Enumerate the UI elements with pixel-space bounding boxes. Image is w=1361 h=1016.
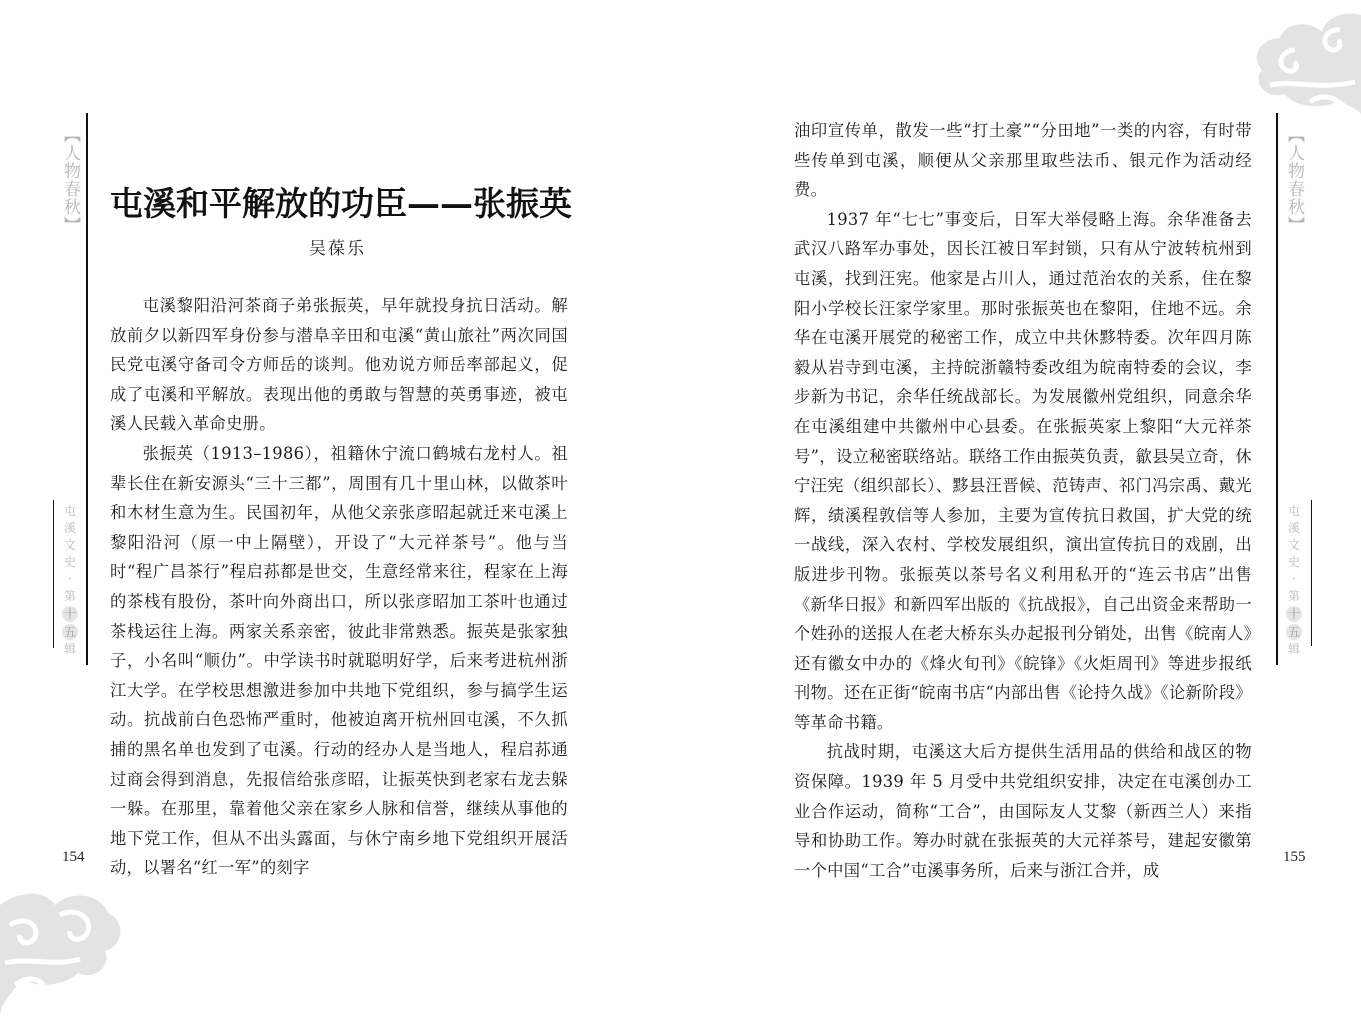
series-char: 溪 [1288,520,1300,537]
series-char: · [1292,571,1296,588]
right-margin-rule [1276,113,1278,665]
page-number: 154 [62,849,85,866]
right-page: 油印宣传单，散发一些“打土豪”“分田地”一类的内容，有时带些传单到屯溪，顺便从父… [680,0,1361,1016]
series-char: 史 [1288,554,1300,571]
book-spread: 【人物春秋】 屯 溪 文 史 · 第 十 五 辑 屯溪和平解放的功臣——张振英 … [0,0,1361,1016]
series-char: · [68,571,72,588]
article-title: 屯溪和平解放的功臣——张振英 [110,178,570,225]
series-issue-char: 五 [62,624,78,640]
page-number: 155 [1283,849,1306,866]
series-char: 文 [1288,537,1300,554]
series-char: 史 [64,554,76,571]
paragraph: 屯溪黎阳沿河茶商子弟张振英，早年就投身抗日活动。解放前夕以新四军身份参与潜阜辛田… [110,291,568,439]
series-issue-char: 十 [1286,606,1302,622]
left-body-text: 屯溪黎阳沿河茶商子弟张振英，早年就投身抗日活动。解放前夕以新四军身份参与潜阜辛田… [110,291,568,883]
series-char: 屯 [1288,503,1300,520]
article-author: 吴葆乐 [110,234,565,259]
series-char: 第 [64,588,76,605]
left-series-rule [53,500,54,648]
series-char: 溪 [64,520,76,537]
series-issue-char: 五 [1286,624,1302,640]
paragraph: 油印宣传单，散发一些“打土豪”“分田地”一类的内容，有时带些传单到屯溪，顺便从父… [794,116,1252,205]
cloud-ornament-icon [0,885,125,1016]
paragraph: 抗战时期，屯溪这大后方提供生活用品的供给和战区的物资保障。1939 年 5 月受… [794,737,1252,885]
series-char: 辑 [1288,641,1300,658]
section-label: 【人物春秋】 [1283,126,1303,234]
left-margin-rule [86,113,88,665]
right-body-text: 油印宣传单，散发一些“打土豪”“分田地”一类的内容，有时带些传单到屯溪，顺便从父… [794,116,1252,885]
series-char: 屯 [64,503,76,520]
paragraph: 1937 年“七七”事变后，日军大举侵略上海。余华准备去武汉八路军办事处，因长江… [794,205,1252,738]
paragraph: 张振英（1913–1986），祖籍休宁流口鹤城右龙村人。祖辈长住在新安源头“三十… [110,439,568,883]
series-issue-char: 十 [62,606,78,622]
left-page: 【人物春秋】 屯 溪 文 史 · 第 十 五 辑 屯溪和平解放的功臣——张振英 … [0,0,680,1016]
series-char: 辑 [64,641,76,658]
series-char: 第 [1288,588,1300,605]
series-label: 屯 溪 文 史 · 第 十 五 辑 [1286,503,1302,658]
section-label: 【人物春秋】 [59,126,79,234]
right-series-rule [1311,500,1312,646]
cloud-ornament-icon [1240,10,1361,115]
series-char: 文 [64,537,76,554]
series-label: 屯 溪 文 史 · 第 十 五 辑 [62,503,78,658]
